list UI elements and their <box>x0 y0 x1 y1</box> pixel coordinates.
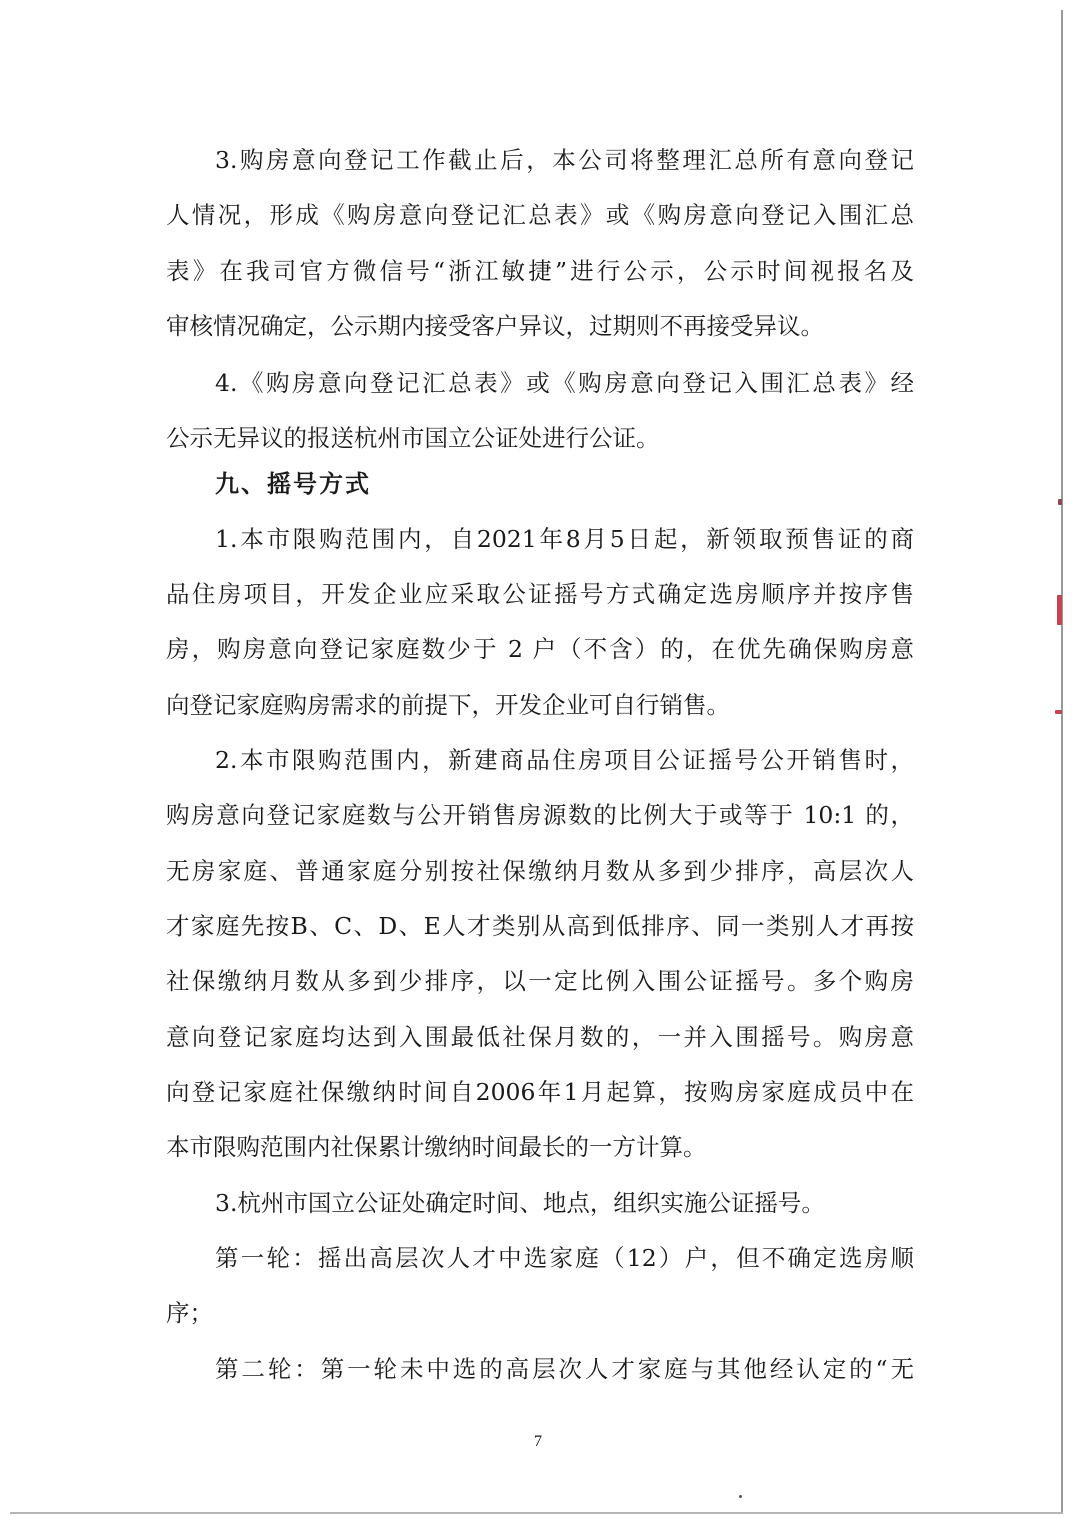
text-line: 购房意向登记家庭数与公开销售房源数的比例大于或等于 10:1 的， <box>166 800 914 830</box>
text-line: 向登记家庭社保缴纳时间自2006年1月起算，按购房家庭成员中在 <box>166 1077 914 1107</box>
scan-speck <box>739 1495 742 1498</box>
text-line: 房，购房意向登记家庭数少于 2 户（不含）的，在优先确保购房意 <box>166 634 914 664</box>
text-line: 品住房项目，开发企业应采取公证摇号方式确定选房顺序并按序售 <box>166 579 914 609</box>
text-line: 第一轮：摇出高层次人才中选家庭（12）户，但不确定选房顺 <box>215 1243 914 1273</box>
seal-fragment-mark <box>1057 595 1062 625</box>
text-line: 社保缴纳月数从多到少排序，以一定比例入围公证摇号。多个购房 <box>166 966 914 996</box>
page-right-edge <box>1061 10 1063 1513</box>
text-line: 序； <box>166 1298 914 1328</box>
text-line: 才家庭先按B、C、D、E人才类别从高到低排序、同一类别人才再按 <box>166 911 914 941</box>
text-line: 2.本市限购范围内，新建商品住房项目公证摇号公开销售时， <box>215 745 914 775</box>
text-line: 1.本市限购范围内，自2021年8月5日起，新领取预售证的商 <box>215 524 914 554</box>
text-line: 4.《购房意向登记汇总表》或《购房意向登记入围汇总表》经 <box>215 368 914 398</box>
text-line: 向登记家庭购房需求的前提下，开发企业可自行销售。 <box>166 690 914 720</box>
document-page: 3.购房意向登记工作截止后，本公司将整理汇总所有意向登记人情况，形成《购房意向登… <box>0 0 1080 1527</box>
text-line: 本市限购范围内社保累计缴纳时间最长的一方计算。 <box>166 1132 914 1162</box>
text-line: 3.杭州市国立公证处确定时间、地点，组织实施公证摇号。 <box>215 1188 914 1218</box>
text-line: 公示无异议的报送杭州市国立公证处进行公证。 <box>166 423 914 453</box>
text-line: 表》在我司官方微信号“浙江敏捷”进行公示，公示时间视报名及 <box>166 256 914 286</box>
page-number: 7 <box>534 1432 542 1452</box>
seal-fragment-mark <box>1055 710 1062 714</box>
seal-fragment-mark <box>1058 499 1062 505</box>
text-line: 人情况，形成《购房意向登记汇总表》或《购房意向登记入围汇总 <box>166 200 914 230</box>
text-line: 审核情况确定，公示期内接受客户异议，过期则不再接受异议。 <box>166 311 914 341</box>
text-line: 第二轮：第一轮未中选的高层次人才家庭与其他经认定的“无 <box>215 1354 914 1384</box>
text-line: 3.购房意向登记工作截止后，本公司将整理汇总所有意向登记 <box>215 145 914 175</box>
text-line: 意向登记家庭均达到入围最低社保月数的，一并入围摇号。购房意 <box>166 1022 914 1052</box>
page-bottom-edge <box>10 1512 1063 1514</box>
text-line: 无房家庭、普通家庭分别按社保缴纳月数从多到少排序，高层次人 <box>166 856 914 886</box>
section-heading: 九、摇号方式 <box>215 469 371 499</box>
